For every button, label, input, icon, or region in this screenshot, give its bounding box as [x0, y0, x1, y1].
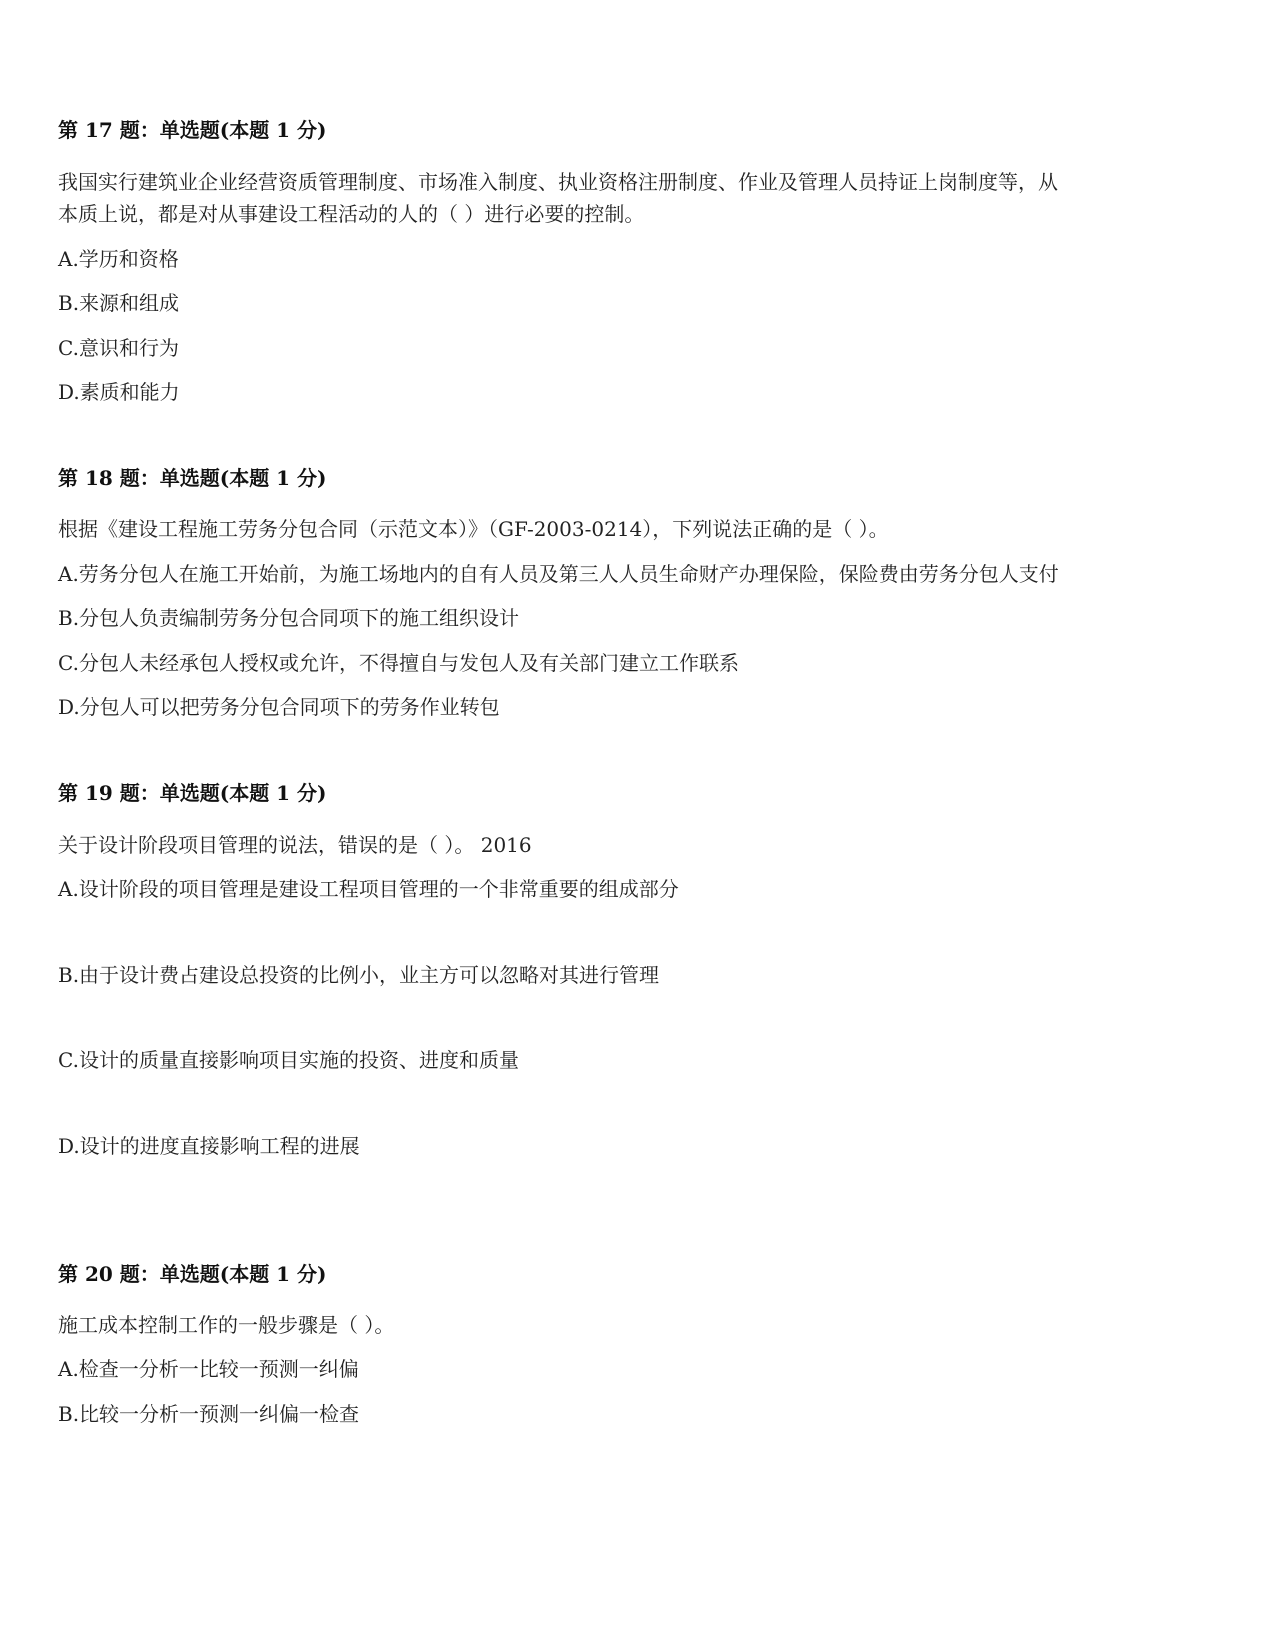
question-19-title: 第 19 题：单选题(本题 1 分)	[58, 777, 327, 806]
question-17-option-c: C.意识和行为	[58, 332, 179, 361]
question-17-option-b: B.来源和组成	[58, 287, 179, 316]
question-19-stem: 关于设计阶段项目管理的说法，错误的是（ ）。 2016	[58, 829, 532, 858]
question-18-title: 第 18 题：单选题(本题 1 分)	[58, 462, 327, 491]
question-18-stem: 根据《建设工程施工劳务分包合同（示范文本）》（GF-2003-0214），下列说…	[58, 513, 889, 542]
question-18-option-d: D.分包人可以把劳务分包合同项下的劳务作业转包	[58, 691, 500, 720]
question-18-option-a: A.劳务分包人在施工开始前，为施工场地内的自有人员及第三人人员生命财产办理保险，…	[58, 558, 1059, 587]
question-20-option-b: B.比较一分析一预测一纠偏一检查	[58, 1398, 359, 1427]
question-18-option-b: B.分包人负责编制劳务分包合同项下的施工组织设计	[58, 602, 519, 631]
question-20-title: 第 20 题：单选题(本题 1 分)	[58, 1258, 327, 1287]
question-17-stem-line2: 本质上说，都是对从事建设工程活动的人的（ ）进行必要的控制。	[58, 198, 644, 227]
question-20-option-a: A.检查一分析一比较一预测一纠偏	[58, 1353, 359, 1382]
question-20-stem: 施工成本控制工作的一般步骤是（ ）。	[58, 1309, 394, 1338]
question-17-stem-line1: 我国实行建筑业企业经营资质管理制度、市场准入制度、执业资格注册制度、作业及管理人…	[58, 166, 1058, 195]
question-18-option-c: C.分包人未经承包人授权或允许，不得擅自与发包人及有关部门建立工作联系	[58, 647, 739, 676]
question-19-option-d: D.设计的进度直接影响工程的进展	[58, 1130, 360, 1159]
question-19-option-b: B.由于设计费占建设总投资的比例小，业主方可以忽略对其进行管理	[58, 959, 659, 988]
question-17-option-a: A.学历和资格	[58, 243, 179, 272]
question-17-option-d: D.素质和能力	[58, 376, 180, 405]
document-page: 第 17 题：单选题(本题 1 分) 我国实行建筑业企业经营资质管理制度、市场准…	[0, 0, 1275, 1650]
question-17-title: 第 17 题：单选题(本题 1 分)	[58, 114, 327, 143]
question-19-option-c: C.设计的质量直接影响项目实施的投资、进度和质量	[58, 1044, 519, 1073]
question-19-option-a: A.设计阶段的项目管理是建设工程项目管理的一个非常重要的组成部分	[58, 873, 679, 902]
